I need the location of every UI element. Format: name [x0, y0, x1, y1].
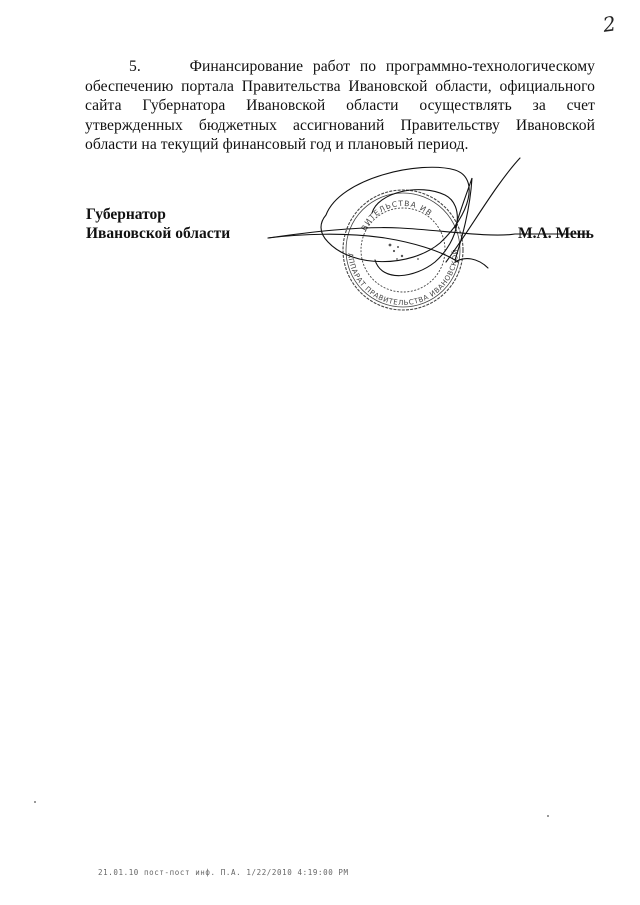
signatory-title-line2: Ивановской области: [86, 224, 230, 243]
scan-speck: [547, 815, 549, 817]
signatory-title: Губернатор Ивановской области: [86, 205, 230, 243]
svg-text:ВИТЕЛЬСТВА ИВ: ВИТЕЛЬСТВА ИВ: [359, 199, 434, 232]
signatory-title-line1: Губернатор: [86, 205, 230, 224]
footer-file-info: 21.01.10 пост-пост инф. П.А. 1/22/2010 4…: [98, 868, 349, 877]
page-number: 2: [601, 11, 617, 37]
scan-speck: [34, 801, 36, 803]
paragraph-item-5: 5. Финансирование работ по программно-те…: [85, 57, 595, 155]
handwritten-signature-icon: [268, 158, 590, 276]
signer-name: М.А. Мень: [518, 224, 594, 243]
official-stamp-icon: ВИТЕЛЬСТВА ИВ АППАРАТ ПРАВИТЕЛЬСТВА ИВАН…: [0, 0, 463, 310]
